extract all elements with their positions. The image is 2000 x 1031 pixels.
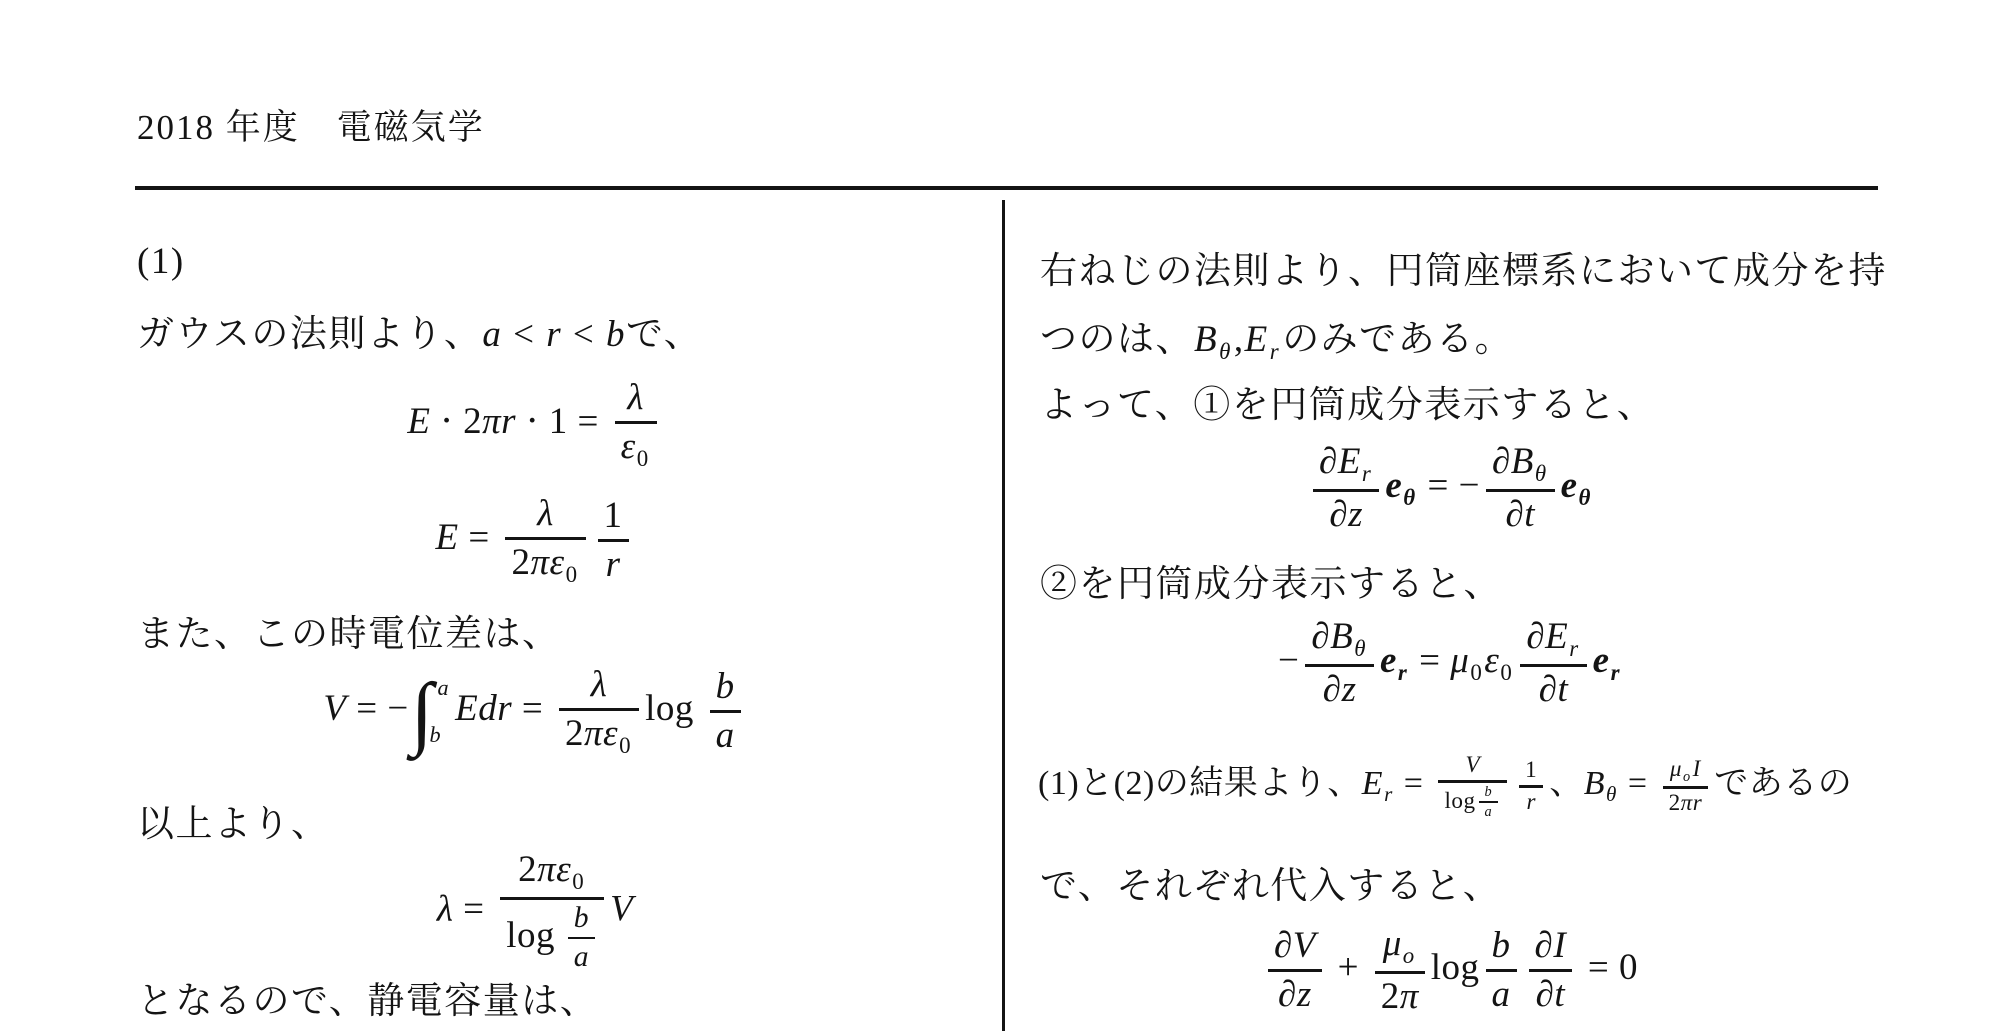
equation-telegraphers: ∂V∂z + μo2πlogba∂I∂t = 0	[1020, 922, 1880, 1019]
part-label: (1)	[137, 240, 185, 283]
header-rule	[135, 186, 1878, 190]
text-line-screw-rule: 右ねじの法則より、円筒座標系において成分を持	[1040, 240, 1887, 294]
text-line-capacitance: となるので、静電容量は、	[137, 970, 598, 1024]
page-title: 2018 年度 電磁気学	[137, 100, 485, 150]
equation-electric-field: E = λ2πε01r	[135, 492, 935, 589]
text-line-substitute: で、それぞれ代入すると、	[1040, 855, 1501, 909]
equation-gauss-law: E ⋅ 2πr ⋅ 1 = λε0	[135, 376, 935, 473]
text-line-conclusion: 以上より、	[137, 793, 330, 847]
equation-faraday-cylindrical: ∂Er∂zeθ = −∂Bθ∂teθ	[1020, 440, 1880, 537]
text-line-results: (1)と(2)の結果より、Er = Vlogba1r、Bθ = μoI2πrであ…	[1038, 752, 1852, 821]
equation-lambda: λ = 2πε0log baV	[135, 848, 935, 976]
text-line-components: つのは、Bθ,Erのみである。	[1040, 308, 1513, 365]
equation-potential-integral: V = −∫abEdr = λ2πε0log ba	[135, 663, 935, 760]
text-line-gauss: ガウスの法則より、a < r < bで、	[137, 303, 702, 357]
text-line-eq1-cylindrical: よって、①を円筒成分表示すると、	[1040, 374, 1655, 428]
text-line-potential: また、この時電位差は、	[137, 603, 561, 657]
equation-ampere-cylindrical: −∂Bθ∂zer = μ0ε0∂Er∂ter	[1020, 615, 1880, 712]
column-divider	[1002, 200, 1005, 1031]
text-line-eq2-cylindrical: ②を円筒成分表示すると、	[1040, 553, 1502, 607]
